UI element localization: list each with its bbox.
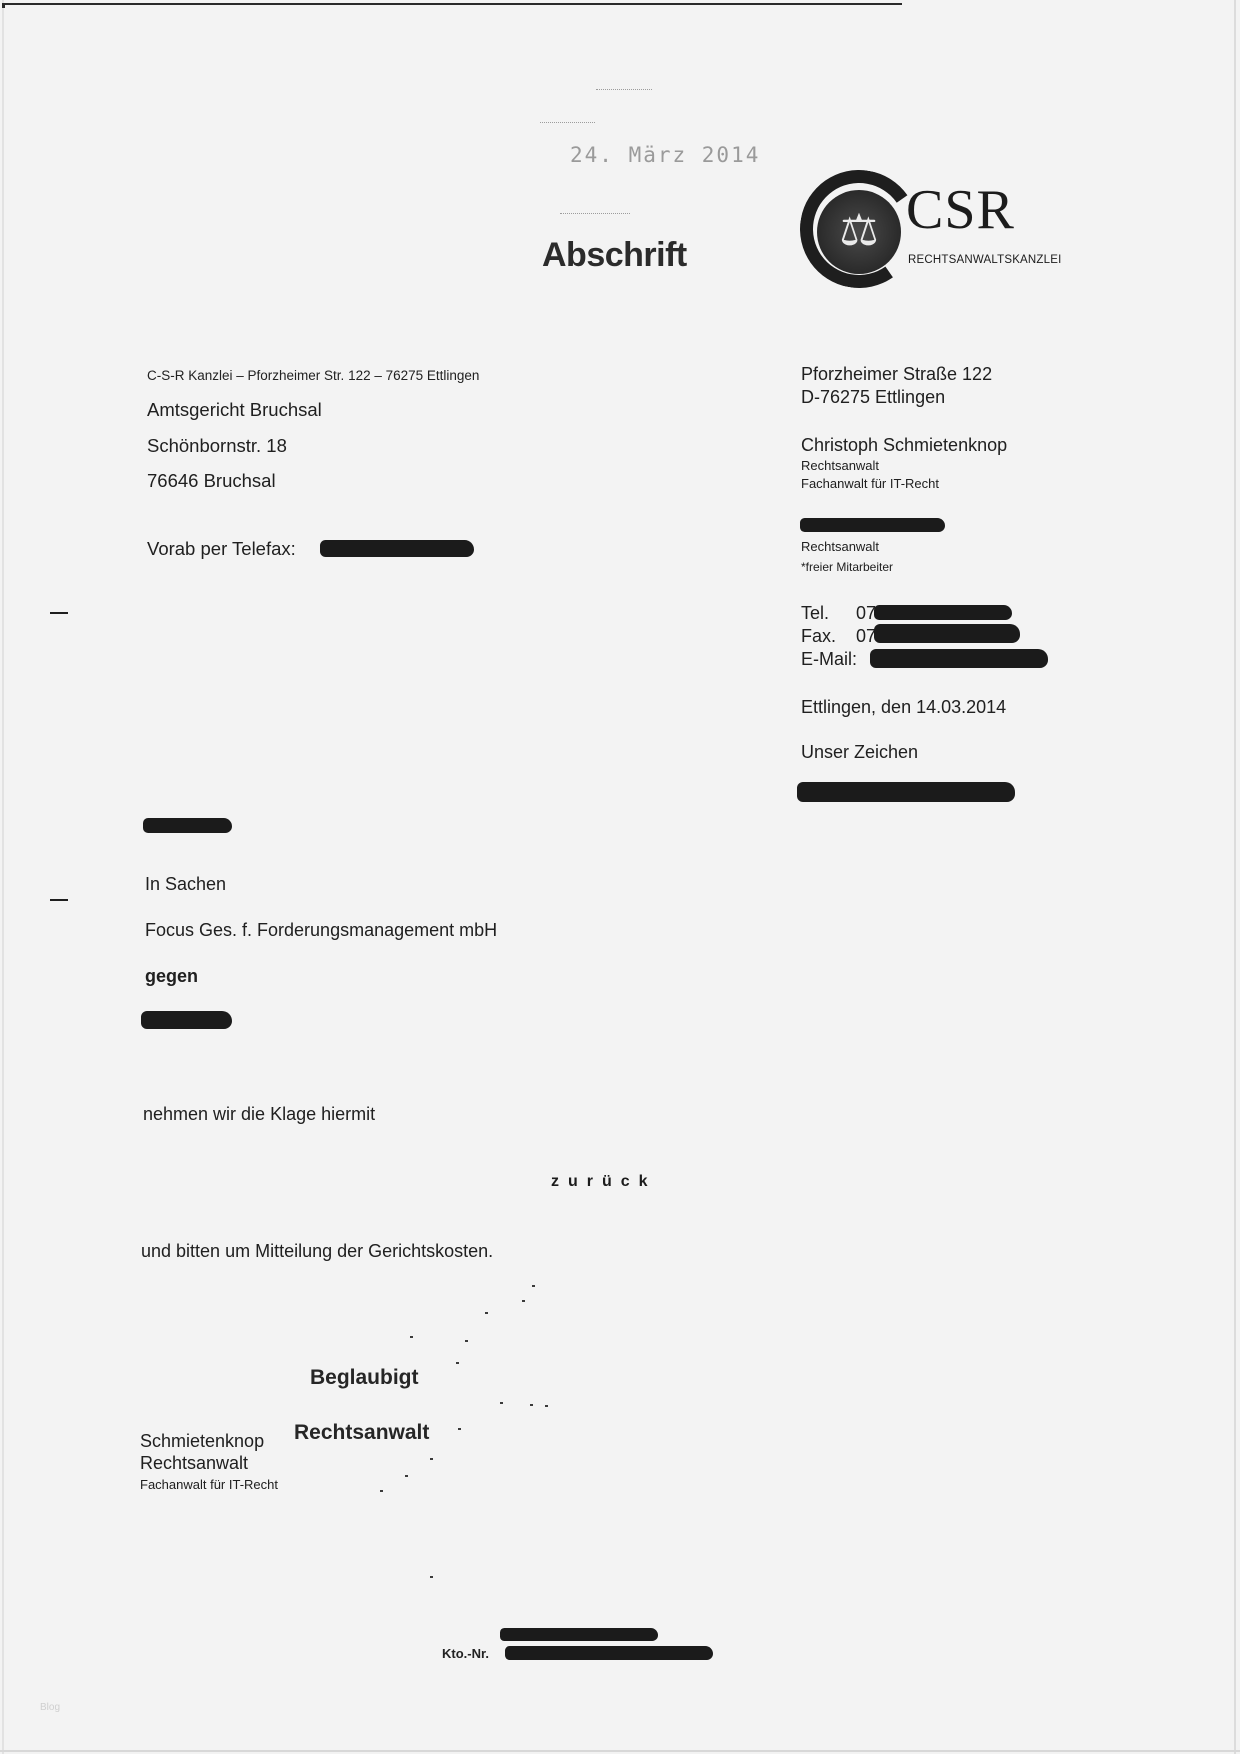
page-edge-left <box>2 0 4 1754</box>
lawyer1-title: Rechtsanwalt <box>801 458 879 473</box>
recipient-name: Amtsgericht Bruchsal <box>147 399 322 421</box>
signature-stroke <box>485 1312 488 1314</box>
closing-sentence: und bitten um Mitteilung der Gerichtskos… <box>141 1241 493 1262</box>
redaction-account-number <box>505 1646 713 1660</box>
signature-stroke <box>465 1340 468 1342</box>
page-edge-right <box>1234 0 1236 1754</box>
redaction-email <box>870 649 1048 668</box>
letterhead-street: Pforzheimer Straße 122 <box>801 364 992 385</box>
redaction-lawyer2-name <box>800 518 945 532</box>
logo-mark: CSR <box>906 178 1015 242</box>
stamp-title: Rechtsanwalt <box>294 1421 429 1445</box>
reference-label: Unser Zeichen <box>801 742 918 763</box>
redaction-defendant <box>141 1011 232 1029</box>
sender-return-line: C-S-R Kanzlei – Pforzheimer Str. 122 – 7… <box>147 368 479 383</box>
signature-specialty: Fachanwalt für IT-Recht <box>140 1477 278 1492</box>
fold-mark <box>50 612 68 614</box>
redaction-tel <box>874 605 1012 620</box>
scan-top-rule <box>2 3 902 5</box>
signature-title: Rechtsanwalt <box>140 1453 248 1474</box>
recipient-city: 76646 Bruchsal <box>147 470 276 492</box>
fax-label: Fax. <box>801 626 836 647</box>
signature-stroke <box>456 1362 459 1364</box>
redaction-reference <box>797 782 1015 802</box>
case-intro: In Sachen <box>145 874 226 895</box>
lawyer2-note: *freier Mitarbeiter <box>801 560 893 574</box>
scan-top-rule-tick <box>2 3 5 8</box>
redaction-bank-name <box>500 1628 658 1641</box>
logo-subtitle: RECHTSANWALTSKANZLEI <box>908 254 1062 266</box>
stamp-line <box>560 213 630 215</box>
document-heading: Abschrift <box>542 236 687 275</box>
versus: gegen <box>145 966 198 987</box>
plaintiff: Focus Ges. f. Forderungsmanagement mbH <box>145 920 497 941</box>
signature-stroke <box>380 1490 383 1492</box>
certified-stamp: Beglaubigt <box>310 1366 419 1390</box>
signature-stroke <box>532 1285 535 1287</box>
watermark: Blog <box>40 1702 60 1713</box>
csr-logo: ⚖ CSR RECHTSANWALTSKANZLEI <box>800 170 1050 300</box>
page-edge-bottom <box>0 1750 1240 1752</box>
lawyer2-title: Rechtsanwalt <box>801 539 879 554</box>
fax-notice-label: Vorab per Telefax: <box>147 538 296 560</box>
recipient-street: Schönbornstr. 18 <box>147 435 287 457</box>
redaction-fax-number <box>320 540 474 557</box>
signature-stroke <box>405 1475 408 1477</box>
signature-stroke <box>430 1458 433 1460</box>
received-stamp: 24. März 2014 <box>570 143 760 167</box>
lawyer1-specialty: Fachanwalt für IT-Recht <box>801 476 939 491</box>
signature-name: Schmietenknop <box>140 1431 264 1452</box>
signature-stroke <box>545 1405 548 1407</box>
redaction-fax <box>874 624 1020 643</box>
stamp-line <box>540 122 595 124</box>
account-label: Kto.-Nr. <box>442 1646 489 1661</box>
stamp-line <box>596 89 652 91</box>
statement: nehmen wir die Klage hiermit <box>143 1104 375 1125</box>
scales-of-justice-icon: ⚖ <box>825 206 893 256</box>
email-label: E-Mail: <box>801 649 857 670</box>
date-line: Ettlingen, den 14.03.2014 <box>801 697 1006 718</box>
signature-stroke <box>530 1404 533 1406</box>
signature-stroke <box>410 1336 413 1338</box>
letterhead-city: D-76275 Ettlingen <box>801 387 945 408</box>
fold-mark <box>50 899 68 901</box>
redaction-file-number <box>143 818 232 833</box>
signature-stroke <box>458 1428 461 1430</box>
tel-label: Tel. <box>801 603 829 624</box>
emphasis-zurueck: zurück <box>551 1173 657 1191</box>
signature-stroke <box>522 1300 525 1302</box>
signature-stroke <box>500 1402 503 1404</box>
signature-stroke <box>430 1576 433 1578</box>
lawyer1-name: Christoph Schmietenknop <box>801 435 1007 456</box>
